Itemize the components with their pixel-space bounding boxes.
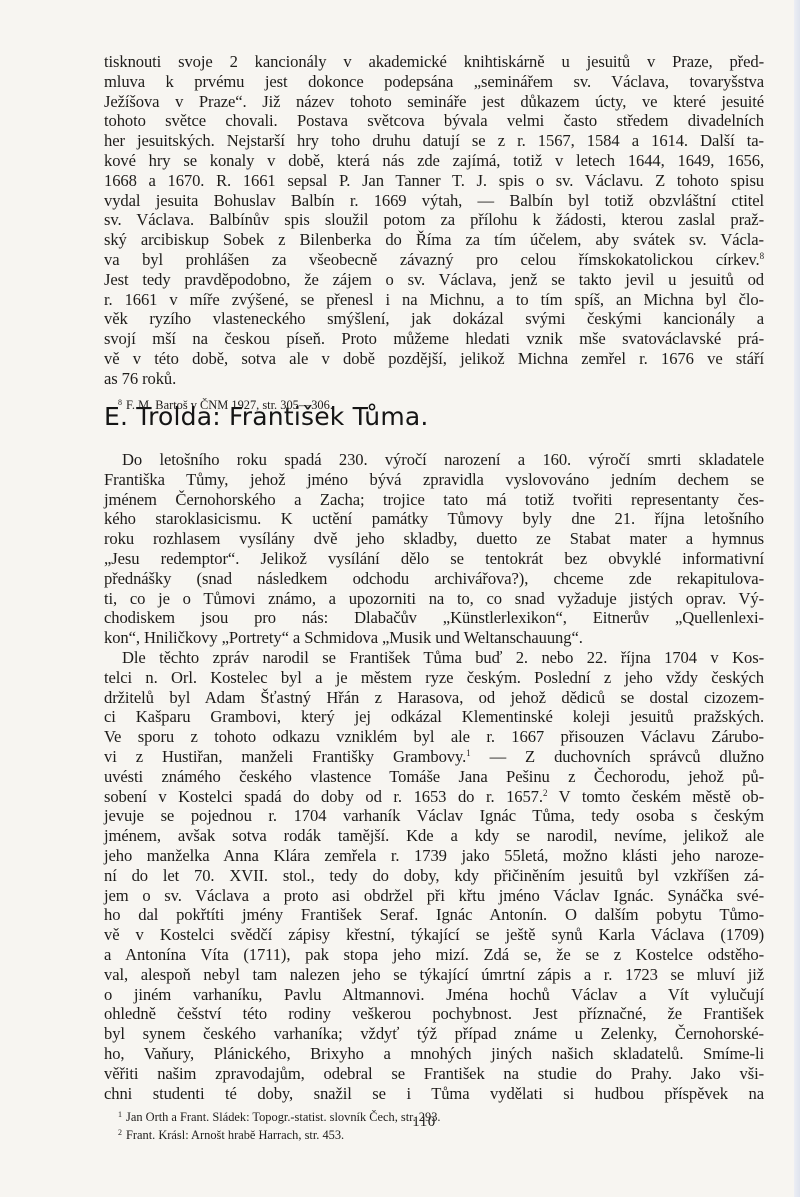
text-line: ní do let 70. XVII. stol., tedy do doby,… — [104, 866, 764, 886]
text-line: Františka Tůmy, jehož jméno bývá zpravid… — [104, 470, 764, 490]
text-line: uvésti známého českého vlastence Tomáše … — [104, 767, 764, 787]
text-line: ci Kašparu Grambovi, který jej odkázal K… — [104, 707, 764, 727]
text-line: vě v Kostelci svědčí zápisy křestní, týk… — [104, 925, 764, 945]
book-page: tisknouti svoje 2 kancionály v akademick… — [104, 52, 764, 413]
text-line: ho, Vaňury, Plánického, Brixyho a mnohýc… — [104, 1044, 764, 1064]
text-line: vi z Hustiřan, manželi Františky Grambov… — [104, 747, 764, 767]
section-title: E. Trolda: František Tůma. — [104, 402, 429, 431]
text-line-content: — Z duchovních správců dlužno — [490, 747, 764, 766]
text-line: ho dal pokřtíti jmény František Seraf. I… — [104, 905, 764, 925]
text-line: Dle těchto zpráv narodil se František Tů… — [104, 648, 764, 668]
text-line: Ježíšova v Praze“. Již název tohoto semi… — [104, 92, 764, 112]
text-line: jem o sv. Václava a proto asi obdržel př… — [104, 886, 764, 906]
text-line: telci n. Orl. Kostelec byl a je městem r… — [104, 668, 764, 688]
text-line: tohoto světce chovali. Postava světcova … — [104, 111, 764, 131]
text-line: roku rozhlasem vysílány dvě jeho skladby… — [104, 529, 764, 549]
text-line: věk ryzího vlasteneckého smýšlení, jak d… — [104, 309, 764, 329]
footnote-ref-1: 1 — [466, 748, 470, 758]
text-line: kové hry se konaly v době, která nás zde… — [104, 151, 764, 171]
text-line: sobení v Kostelci spadá do doby od r. 16… — [104, 787, 764, 807]
footnote-ref-8: 8 — [760, 251, 764, 261]
text-line: as 76 roků. — [104, 369, 764, 389]
text-line: sv. Václava. Balbínův spis sloužil potom… — [104, 210, 764, 230]
text-line: mluva k prvému jest dokonce podepsána „s… — [104, 72, 764, 92]
text-line: kon“, Hniličkovy „Portrety“ a Schmidova … — [104, 628, 764, 648]
text-line-content: V tomto českém městě ob- — [559, 787, 764, 806]
text-line: ohledně češství této rodiny veškerou poc… — [104, 1004, 764, 1024]
text-line-content: vi z Hustiřan, manželi Františky Grambov… — [104, 747, 466, 766]
text-line: jménem, avšak sotva rodák tamější. Kde a… — [104, 826, 764, 846]
text-line: o jiném varhaníku, Pavlu Altmannovi. Jmé… — [104, 985, 764, 1005]
text-line: chni studenti té doby, snažil se i Tůma … — [104, 1084, 764, 1104]
text-line: svojí mší na českou píseň. Proto můžeme … — [104, 329, 764, 349]
text-line: přednášky (snad následkem odchodu archiv… — [104, 569, 764, 589]
article-body: Do letošního roku spadá 230. výročí naro… — [104, 450, 764, 1143]
text-line: věřiti našim zpravodajům, odebral se Fra… — [104, 1064, 764, 1084]
text-line: ský arcibiskup Sobek z Bilenberka do Řím… — [104, 230, 764, 250]
text-line: a Antonína Víta (1711), pak stopa jeho m… — [104, 945, 764, 965]
text-line: val, alespoň nebyl tam nalezen jeho se t… — [104, 965, 764, 985]
text-line: tisknouti svoje 2 kancionály v akademick… — [104, 52, 764, 72]
text-line: Do letošního roku spadá 230. výročí naro… — [104, 450, 764, 470]
text-line: kého staroklasicismu. K uctění památky T… — [104, 509, 764, 529]
text-line: držitelů byl Adam Šťastný Hřán z Harasov… — [104, 688, 764, 708]
text-line: chodiskem jsou pro nás: Dlabačův „Künstl… — [104, 608, 764, 628]
text-line: Jest tedy pravděpodobno, že zájem o sv. … — [104, 270, 764, 290]
page-edge-shadow — [794, 0, 800, 1197]
page-number: 110 — [104, 1114, 744, 1131]
text-line-content: va byl prohlášen za všeobecně závazný pr… — [104, 250, 760, 269]
text-line: Ve sporu z tohoto odkazu vzniklém byl al… — [104, 727, 764, 747]
text-line: byl synem českého varhaníka; vždyť týž p… — [104, 1024, 764, 1044]
footnote-ref-2: 2 — [543, 788, 547, 798]
text-line: 1668 a 1670. R. 1661 sepsal P. Jan Tanne… — [104, 171, 764, 191]
text-line: vydal jesuita Bohuslav Balbín r. 1669 vý… — [104, 191, 764, 211]
text-line: r. 1661 v míře zvýšené, se přenesl i na … — [104, 290, 764, 310]
text-line: jevuje se pojednou r. 1704 varhaník Václ… — [104, 806, 764, 826]
text-line-content: sobení v Kostelci spadá do doby od r. 16… — [104, 787, 543, 806]
continued-paragraph: tisknouti svoje 2 kancionály v akademick… — [104, 52, 764, 389]
text-line: her jesuitských. Nejstarší hry toho druh… — [104, 131, 764, 151]
text-line: ti, co je o Tůmovi známo, a upozorniti n… — [104, 589, 764, 609]
text-line: jménem Černohorského a Zacha; trojice ta… — [104, 490, 764, 510]
text-line: „Jesu redemptor“. Jelikož vysílání dělo … — [104, 549, 764, 569]
text-line: va byl prohlášen za všeobecně závazný pr… — [104, 250, 764, 270]
text-line: jeho manželka Anna Klára zemřela r. 1739… — [104, 846, 764, 866]
text-line: vě v této době, sotva ale v době pozdějš… — [104, 349, 764, 369]
